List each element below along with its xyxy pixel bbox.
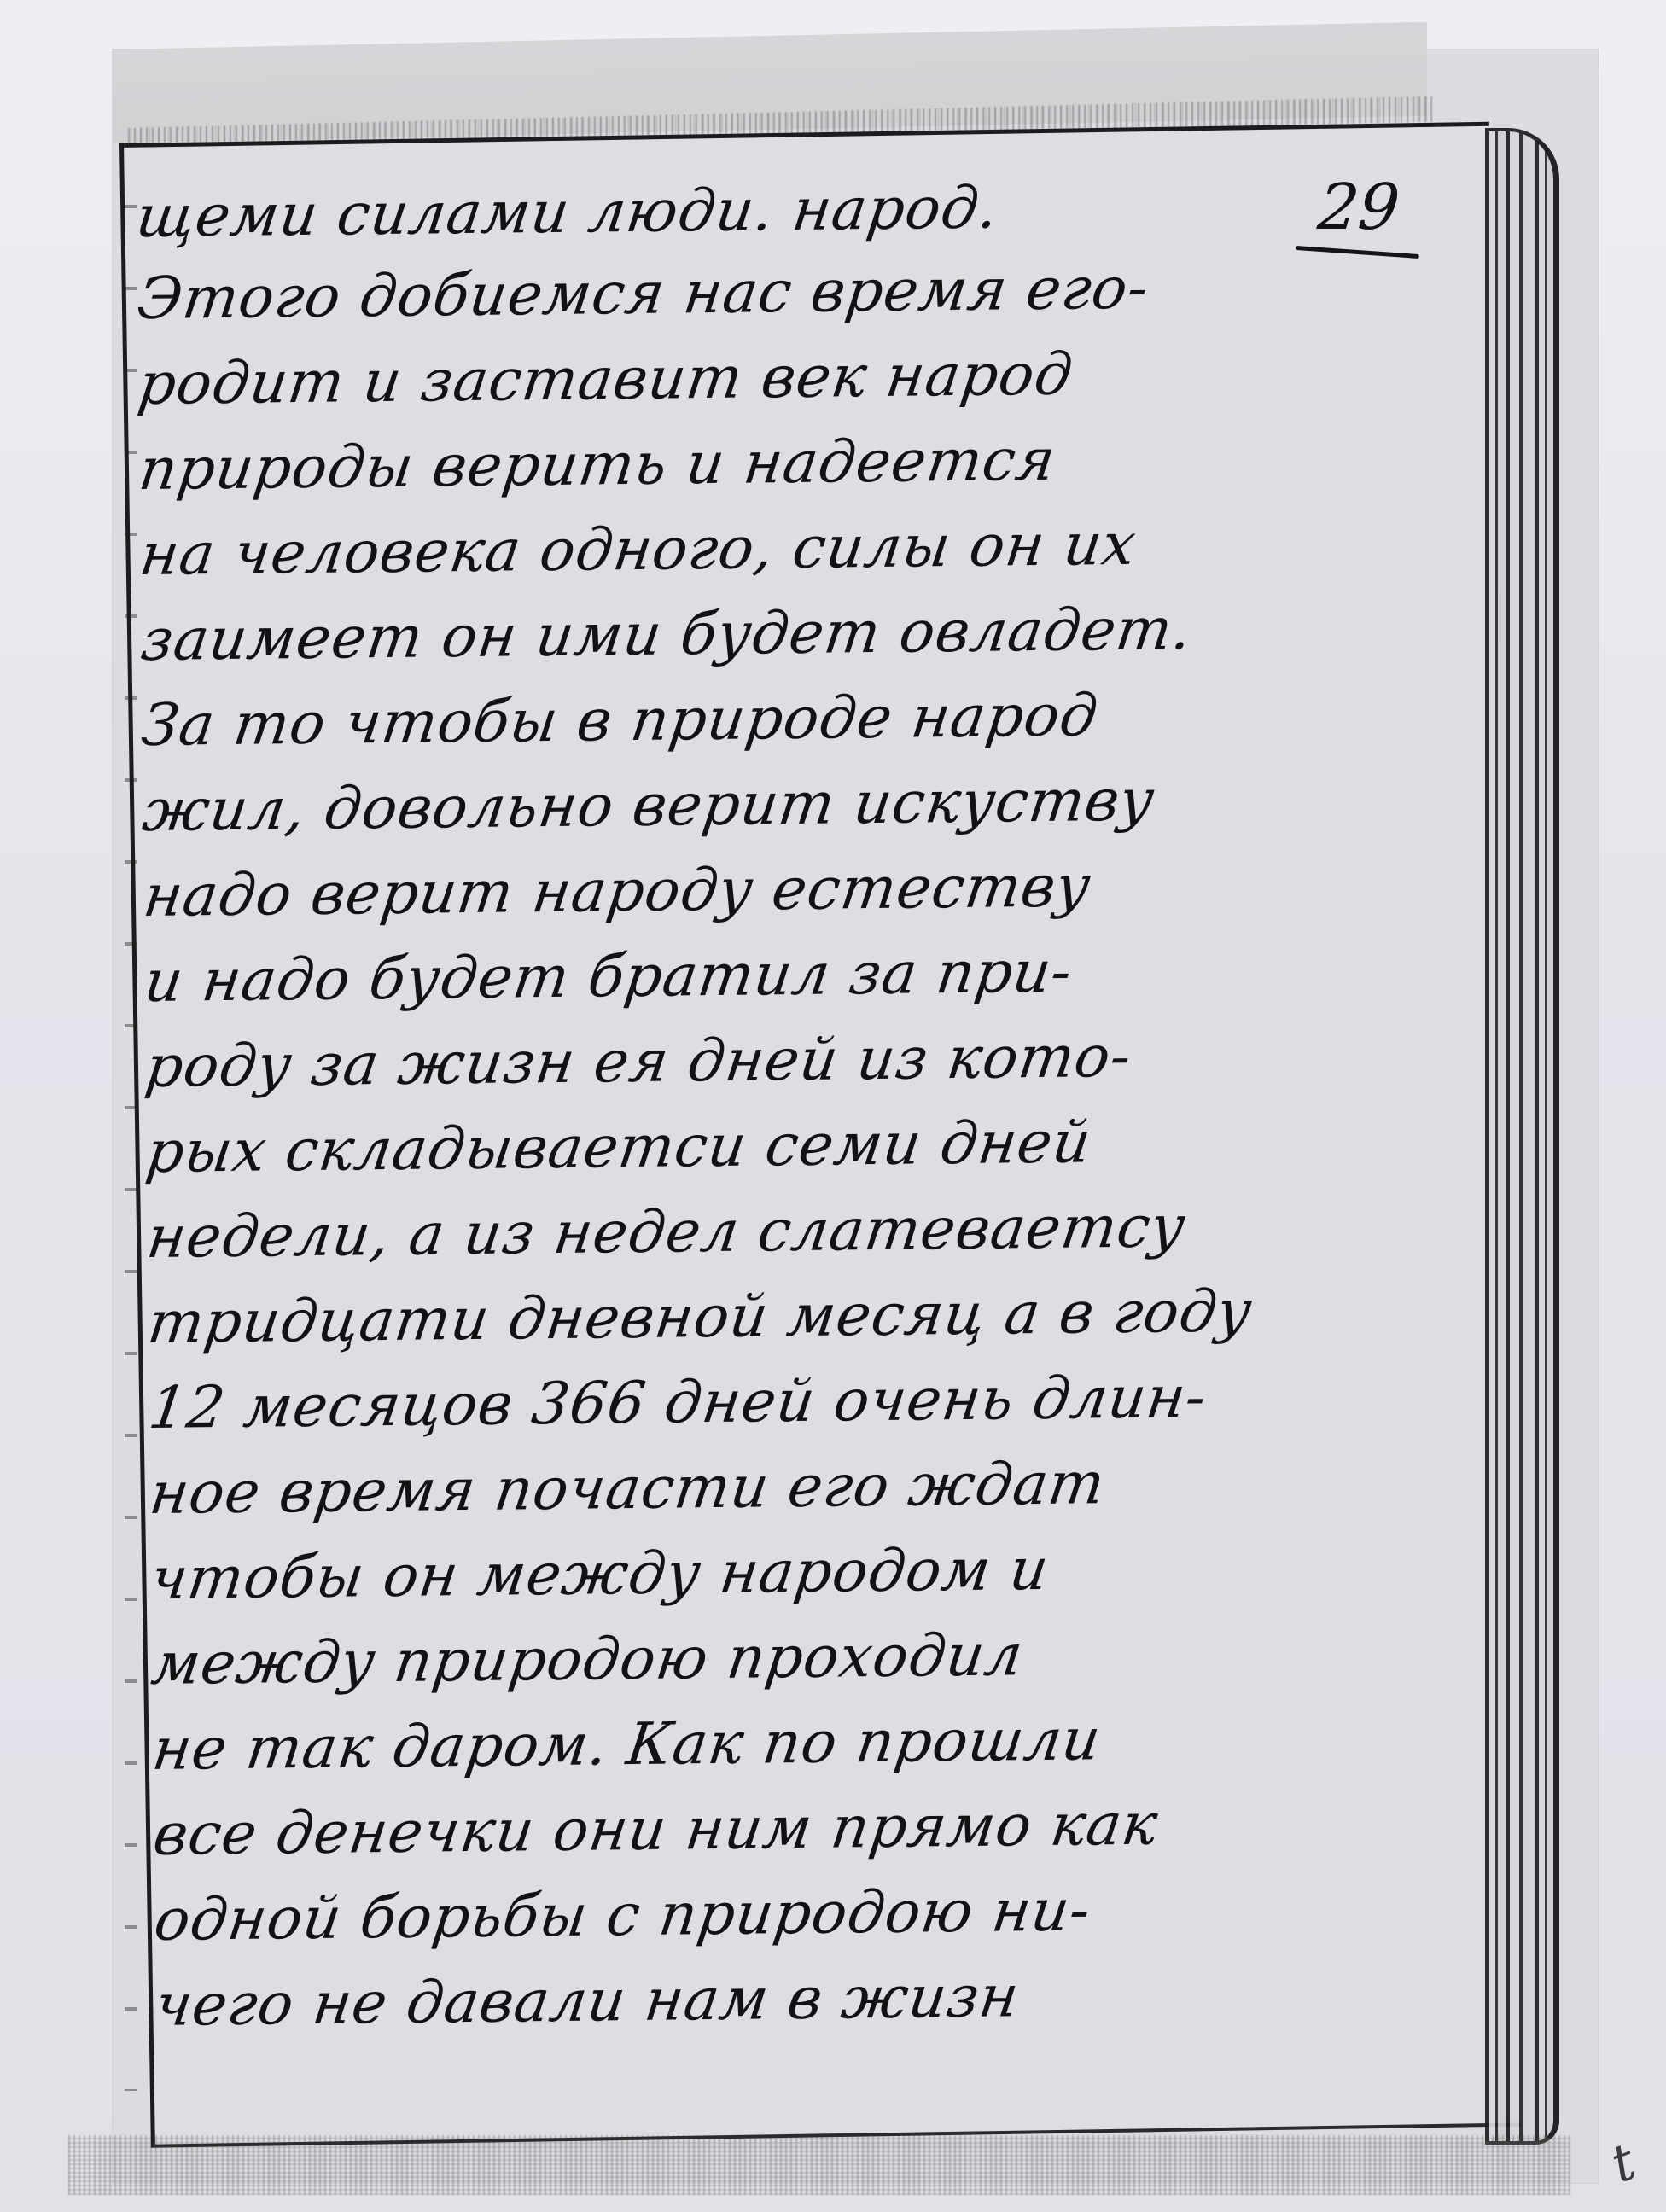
handwritten-line: заимеет он ими будет овладет. <box>136 585 1478 684</box>
handwritten-line: чтобы он между народом и <box>146 1523 1488 1622</box>
photocopy-noise-bottom <box>68 2135 1570 2195</box>
handwritten-line: ное время почасти его ждат <box>145 1438 1488 1537</box>
handwritten-line: жил, довольно верит искуству <box>137 755 1480 854</box>
handwritten-line: чего не давали нам в жизн <box>150 1949 1493 2048</box>
handwritten-line: щеми силами люди. народ. <box>131 161 1473 257</box>
handwritten-line: родит и заставит век народ <box>133 329 1476 428</box>
notebook-page-edge-stack <box>1485 128 1559 2145</box>
handwritten-line: не так даром. Как по прошли <box>148 1693 1490 1792</box>
handwritten-line: надо верит народу естеству <box>138 841 1481 940</box>
handwritten-line: на человека одного, силы он их <box>135 499 1477 598</box>
handwritten-line: Этого добиемся нас время его- <box>132 243 1475 342</box>
handwritten-line: роду за жизн ея дней из кото- <box>140 1011 1483 1110</box>
handwritten-line: За то чтобы в природе народ <box>137 670 1479 769</box>
handwritten-line: и надо будет братил за при- <box>139 926 1482 1025</box>
handwritten-line: одной борьбы с природою ни- <box>149 1864 1492 1963</box>
handwritten-line: природы верить и надеется <box>134 414 1477 513</box>
handwritten-line: тридцати дневной месяц а в году <box>143 1267 1486 1366</box>
handwritten-line: недели, а из недел слатеваетсу <box>143 1182 1485 1281</box>
handwritten-text-body: щеми силами люди. народ. Этого добиемся … <box>137 161 1488 2049</box>
handwritten-line: 12 месяцов 366 дней очень длин- <box>144 1353 1487 1452</box>
handwritten-line: все денечки они ним прямо как <box>149 1778 1491 1877</box>
left-margin-dots <box>125 171 137 2091</box>
handwritten-line: между природою проходил <box>147 1608 1489 1707</box>
handwritten-line: рых складываетси семи дней <box>141 1097 1483 1196</box>
